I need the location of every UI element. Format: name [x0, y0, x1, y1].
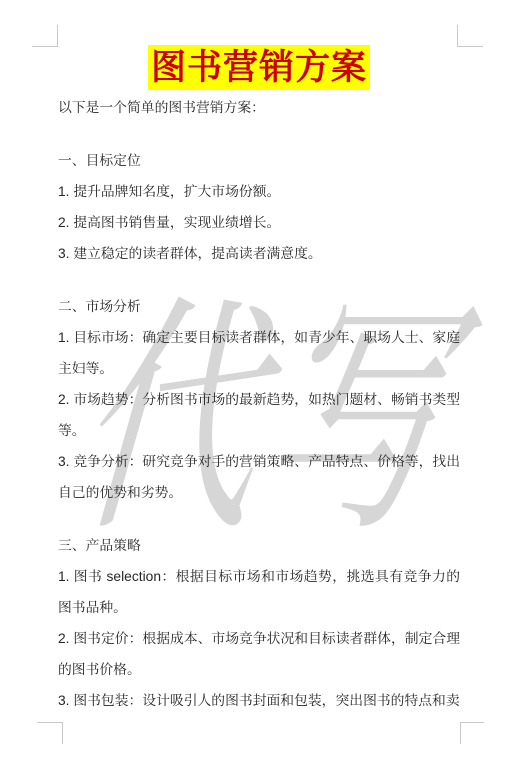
list-item: 3. 竞争分析：研究竞争对手的营销策略、产品特点、价格等，找出自己的优势和劣势。 [58, 446, 460, 508]
document-title: 图书营销方案 [148, 45, 370, 90]
section-heading-2: 二、市场分析 [58, 291, 460, 322]
intro-paragraph: 以下是一个简单的图书营销方案： [58, 92, 460, 123]
document-body: 以下是一个简单的图书营销方案： 一、目标定位 1. 提升品牌知名度，扩大市场份额… [58, 92, 460, 716]
document-page: 代写 图书营销方案 以下是一个简单的图书营销方案： 一、目标定位 1. 提升品牌… [0, 0, 518, 762]
list-item: 2. 市场趋势：分析图书市场的最新趋势，如热门题材、畅销书类型等。 [58, 384, 460, 446]
title-row: 图书营销方案 [0, 45, 518, 90]
section-heading-1: 一、目标定位 [58, 145, 460, 176]
list-item: 2. 图书定价：根据成本、市场竞争状况和目标读者群体，制定合理的图书价格。 [58, 623, 460, 685]
page-corner-mark-top-left [32, 25, 58, 47]
list-item: 3. 图书包装：设计吸引人的图书封面和包装，突出图书的特点和卖 [58, 685, 460, 716]
list-item: 2. 提高图书销售量，实现业绩增长。 [58, 207, 460, 238]
list-item: 1. 提升品牌知名度，扩大市场份额。 [58, 176, 460, 207]
list-item: 1. 图书 selection：根据目标市场和市场趋势，挑选具有竞争力的图书品种… [58, 561, 460, 623]
section-heading-3: 三、产品策略 [58, 530, 460, 561]
page-corner-mark-bottom-left [37, 722, 63, 744]
list-item: 1. 目标市场：确定主要目标读者群体，如青少年、职场人士、家庭主妇等。 [58, 322, 460, 384]
page-corner-mark-bottom-right [460, 722, 484, 744]
list-item: 3. 建立稳定的读者群体，提高读者满意度。 [58, 238, 460, 269]
page-corner-mark-top-right [457, 25, 483, 47]
